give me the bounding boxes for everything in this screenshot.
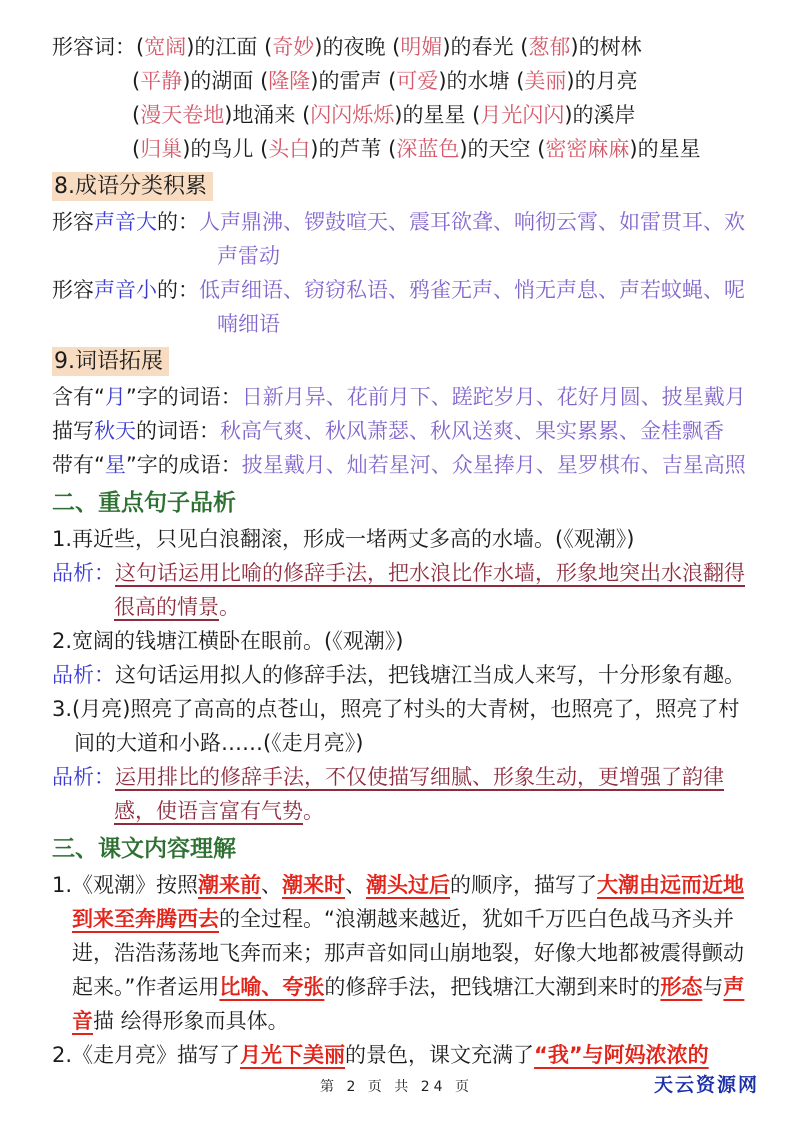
text-segment: 2.宽阔的钱塘江横卧在眼前。(《观潮》)	[52, 629, 403, 653]
text-segment: 日新月异、花前月下、蹉跎岁月、花好月圆、披星戴月	[242, 385, 746, 409]
text-segment: 月光闪闪	[480, 103, 564, 127]
idiom-line-quiet: 形容声音小的：低声细语、窃窃私语、鸦雀无声、悄无声息、声若蚊蝇、呢喃细语	[52, 273, 757, 341]
text-segment: 的景色，课文充满了	[345, 1043, 534, 1067]
idiom-line-loud: 形容声音大的：人声鼎沸、锣鼓喧天、震耳欲聋、响彻云霄、如雷贯耳、欢声雷动	[52, 205, 757, 273]
text-segment: )的溪岸	[564, 103, 635, 127]
text-segment: 、	[261, 873, 282, 897]
text-segment: “我”与阿妈浓浓的	[534, 1043, 709, 1067]
word-line-star: 带有“星”字的成语：披星戴月、灿若星河、众星捧月、星罗棋布、吉星高照	[52, 448, 757, 482]
text-segment: 月光下美丽	[240, 1043, 345, 1067]
text-segment: 2.《走月亮》描写了	[52, 1043, 240, 1067]
text-segment: (	[132, 103, 140, 127]
text-segment: (	[132, 69, 140, 93]
text-segment: 。	[219, 595, 240, 619]
section-heading-8-label: 8.成语分类积累	[52, 172, 213, 201]
text-segment: )的水塘 (	[438, 69, 524, 93]
adjective-line-3: (漫天卷地)地涌来 (闪闪烁烁)的星星 (月光闪闪)的溪岸	[132, 98, 757, 132]
text-segment: 平静	[140, 69, 182, 93]
text-segment: 的词语：	[136, 419, 220, 443]
text-segment: 秋高气爽、秋风萧瑟、秋风送爽、果实累累、金桂飘香	[220, 419, 724, 443]
text-segment: 深蓝色	[396, 137, 459, 161]
text-segment: 的顺序，描写了	[450, 873, 597, 897]
text-segment: 漫天卷地	[140, 103, 224, 127]
text-segment: 这句话运用拟人的修辞手法，把钱塘江当成人来写，十分形象有趣。	[115, 663, 745, 687]
text-segment: 形态	[660, 975, 702, 999]
text-segment: 3.(月亮)照亮了高高的点苍山，照亮了村头的大青树，也照亮了，照亮了村间的大道和…	[52, 697, 739, 755]
sentence-3-analysis: 品析：运用排比的修辞手法，不仅使描写细腻、形象生动，更增强了韵律感，使语言富有气…	[52, 760, 757, 828]
text-segment: 的：	[157, 210, 199, 234]
adjective-line-1: 形容词：(宽阔)的江面 (奇妙)的夜晚 (明媚)的春光 (葱郁)的树林	[52, 30, 757, 64]
text-segment: )的天空 (	[459, 137, 545, 161]
text-segment: 披星戴月、灿若星河、众星捧月、星罗棋布、吉星高照	[242, 453, 746, 477]
comprehension-item-1: 1.《观潮》按照潮来前、潮来时、潮头过后的顺序，描写了大潮由远而近地到来至奔腾西…	[52, 868, 757, 1038]
text-segment: )的夜晚 (	[314, 35, 400, 59]
text-segment: 闪闪烁烁	[310, 103, 394, 127]
text-segment: 人声鼎沸、锣鼓喧天、震耳欲聋、响彻云霄、如雷贯耳、欢声雷动	[199, 210, 745, 268]
text-segment: 形容	[52, 210, 94, 234]
text-segment: 品析：	[52, 765, 115, 789]
section-heading-9-label: 9.词语拓展	[52, 347, 169, 376]
text-segment: 月	[105, 385, 126, 409]
text-segment: 低声细语、窃窃私语、鸦雀无声、悄无声息、声若蚊蝇、呢喃细语	[199, 278, 745, 336]
text-segment: 葱郁	[528, 35, 570, 59]
text-segment: 1.《观潮》按照	[52, 873, 198, 897]
text-segment: 潮来时	[282, 873, 345, 897]
section-heading-8: 8.成语分类积累	[52, 169, 757, 204]
text-segment: )的江面 (	[186, 35, 272, 59]
text-segment: 潮头过后	[366, 873, 450, 897]
text-segment: ”字的词语：	[126, 385, 242, 409]
text-segment: )的湖面 (	[182, 69, 268, 93]
text-segment: 声音小	[94, 278, 157, 302]
section-heading-key-sentences: 二、重点句子品析	[52, 486, 757, 520]
adjective-line-4: (归巢)的鸟儿 (头白)的芦苇 (深蓝色)的天空 (密密麻麻)的星星	[132, 132, 757, 166]
text-segment: 比喻、夸张	[219, 975, 324, 999]
text-segment: 、	[345, 873, 366, 897]
text-segment: 隆隆	[268, 69, 310, 93]
text-segment: 可爱	[396, 69, 438, 93]
section-heading-9: 9.词语拓展	[52, 344, 757, 379]
text-segment: (	[132, 137, 140, 161]
text-segment: 描 绘得形象而具体。	[93, 1009, 289, 1033]
text-segment: 形容	[52, 278, 94, 302]
text-segment: 品析：	[52, 561, 115, 585]
text-segment: 明媚	[400, 35, 442, 59]
text-segment: )的月亮	[566, 69, 637, 93]
adjective-line-2: (平静)的湖面 (隆隆)的雷声 (可爱)的水塘 (美丽)的月亮	[132, 64, 757, 98]
text-segment: )的雷声 (	[310, 69, 396, 93]
sentence-1: 1.再近些，只见白浪翻滚，形成一堵两丈多高的水墙。(《观潮》)	[52, 522, 757, 556]
word-line-autumn: 描写秋天的词语：秋高气爽、秋风萧瑟、秋风送爽、果实累累、金桂飘香	[52, 414, 757, 448]
text-segment: 1.再近些，只见白浪翻滚，形成一堵两丈多高的水墙。(《观潮》)	[52, 527, 634, 551]
text-segment: )的鸟儿 (	[182, 137, 268, 161]
text-segment: )地涌来 (	[224, 103, 310, 127]
text-segment: 品析：	[52, 663, 115, 687]
text-segment: 密密麻麻	[545, 137, 629, 161]
sentence-3: 3.(月亮)照亮了高高的点苍山，照亮了村头的大青树，也照亮了，照亮了村间的大道和…	[52, 692, 757, 760]
text-segment: 潮来前	[198, 873, 261, 897]
sentence-2: 2.宽阔的钱塘江横卧在眼前。(《观潮》)	[52, 624, 757, 658]
text-segment: 声音大	[94, 210, 157, 234]
text-segment: )的芦苇 (	[310, 137, 396, 161]
text-segment: 美丽	[524, 69, 566, 93]
comprehension-item-2: 2.《走月亮》描写了月光下美丽的景色，课文充满了“我”与阿妈浓浓的	[52, 1038, 757, 1072]
sentence-2-analysis: 品析：这句话运用拟人的修辞手法，把钱塘江当成人来写，十分形象有趣。	[52, 658, 757, 692]
section-heading-text-comprehension: 三、课文内容理解	[52, 832, 757, 866]
text-segment: )的树林	[570, 35, 641, 59]
text-segment: 秋天	[94, 419, 136, 443]
text-segment: 。	[303, 799, 324, 823]
document-page: 形容词：(宽阔)的江面 (奇妙)的夜晚 (明媚)的春光 (葱郁)的树林 (平静)…	[0, 0, 793, 1122]
word-line-moon: 含有“月”字的词语：日新月异、花前月下、蹉跎岁月、花好月圆、披星戴月	[52, 380, 757, 414]
text-segment: 与	[702, 975, 723, 999]
text-segment: )的春光 (	[442, 35, 528, 59]
text-segment: 的：	[157, 278, 199, 302]
text-segment: 描写	[52, 419, 94, 443]
text-segment: 这句话运用比喻的修辞手法，把水浪比作水墙，形象地突出水浪翻得很高的情景	[114, 561, 745, 619]
text-segment: 的修辞手法，把钱塘江大潮到来时的	[324, 975, 660, 999]
text-segment: 含有“	[52, 385, 105, 409]
sentence-1-analysis: 品析：这句话运用比喻的修辞手法，把水浪比作水墙，形象地突出水浪翻得很高的情景。	[52, 556, 757, 624]
text-segment: 带有“	[52, 453, 105, 477]
text-segment: 星	[105, 453, 126, 477]
text-segment: 头白	[268, 137, 310, 161]
text-segment: 形容词：(	[52, 35, 144, 59]
text-segment: 奇妙	[272, 35, 314, 59]
text-segment: 运用排比的修辞手法，不仅使描写细腻、形象生动，更增强了韵律感，使语言富有气势	[114, 765, 724, 823]
text-segment: ”字的成语：	[126, 453, 242, 477]
text-segment: )的星星	[629, 137, 700, 161]
text-segment: 宽阔	[144, 35, 186, 59]
text-segment: )的星星 (	[394, 103, 480, 127]
text-segment: 归巢	[140, 137, 182, 161]
watermark-site-name: 天云资源网	[654, 1068, 759, 1102]
